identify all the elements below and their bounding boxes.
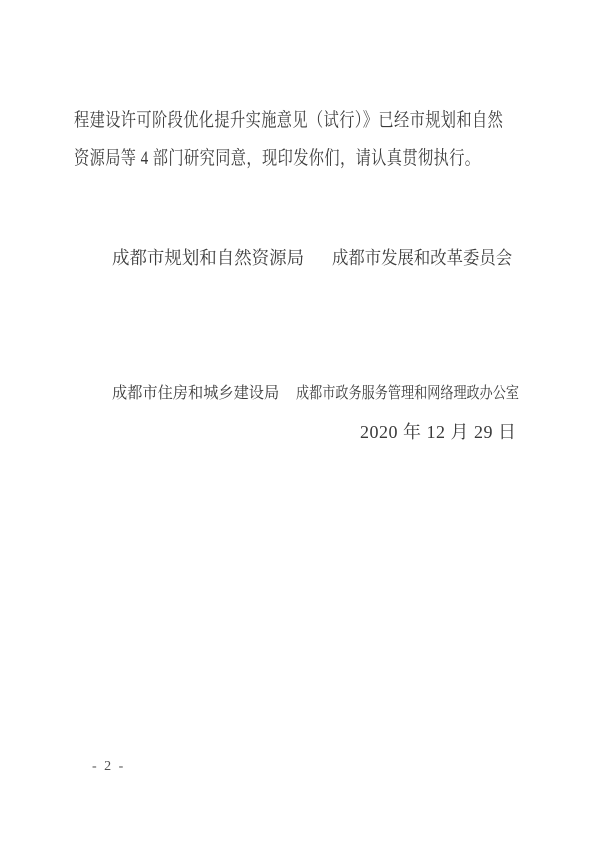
- signature-date: 2020 年 12 月 29 日: [360, 423, 517, 441]
- page-number: - 2 -: [92, 760, 125, 774]
- signature-org-development-reform: 成都市发展和改革委员会: [332, 249, 512, 267]
- body-text-line-2: 资源局等 4 部门研究同意，现印发你们，请认真贯彻执行。: [74, 149, 480, 168]
- signature-org-government-services: 成都市政务服务管理和网络理政办公室: [296, 386, 519, 402]
- body-text-line-1: 程建设许可阶段优化提升实施意见（试行）》已经市规划和自然: [74, 111, 503, 130]
- signature-org-housing-urban-rural: 成都市住房和城乡建设局: [112, 386, 279, 402]
- signature-org-planning-natural-resources: 成都市规划和自然资源局: [112, 249, 304, 267]
- document-page: 程建设许可阶段优化提升实施意见（试行）》已经市规划和自然 资源局等 4 部门研究…: [0, 0, 596, 842]
